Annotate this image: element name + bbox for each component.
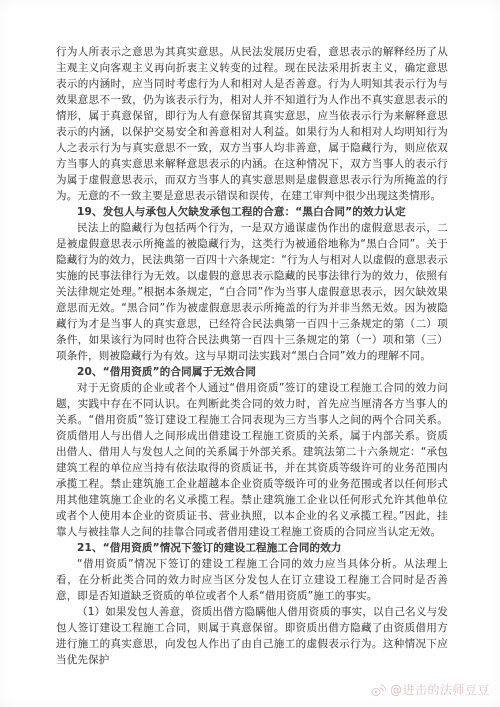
section-heading-21: 21、“借用资质”情况下签订的建设工程施工合同的效力 — [56, 540, 448, 556]
paragraph: 对于无资质的企业或者个人通过“借用资质”签订的建设工程施工合同的效力问题，实践中… — [56, 380, 448, 540]
weibo-logo-icon — [370, 683, 386, 697]
watermark-handle: @进击的法师豆豆 — [390, 681, 490, 698]
paragraph-continuation: 行为人所表示之意思为其真实意思。从民法发展历史看，意思表示的解释经历了从主观主义… — [56, 44, 448, 204]
section-heading-20: 20、“借用资质”的合同属于无效合同 — [56, 364, 448, 380]
section-heading-19: 19、发包人与承包人欠缺发承包工程的合意：“黑白合同”的效力认定 — [56, 204, 448, 220]
watermark: @进击的法师豆豆 — [370, 681, 490, 698]
paragraph: （1）如果发包人善意，资质出借方隐瞒他人借用资质的事实，以自己名义与发包人签订建… — [56, 604, 448, 668]
document-page: 行为人所表示之意思为其真实意思。从民法发展历史看，意思表示的解释经历了从主观主义… — [0, 0, 500, 707]
paragraph: “借用资质”情况下签订的建设工程施工合同的效力应当具体分析。从法理上看，在分析此… — [56, 556, 448, 604]
paragraph: 民法上的隐藏行为包括两个行为，一是双方通谋虚伪作出的虚假意思表示，二是被虚假意思… — [56, 220, 448, 364]
document-text-column: 行为人所表示之意思为其真实意思。从民法发展历史看，意思表示的解释经历了从主观主义… — [56, 44, 448, 668]
